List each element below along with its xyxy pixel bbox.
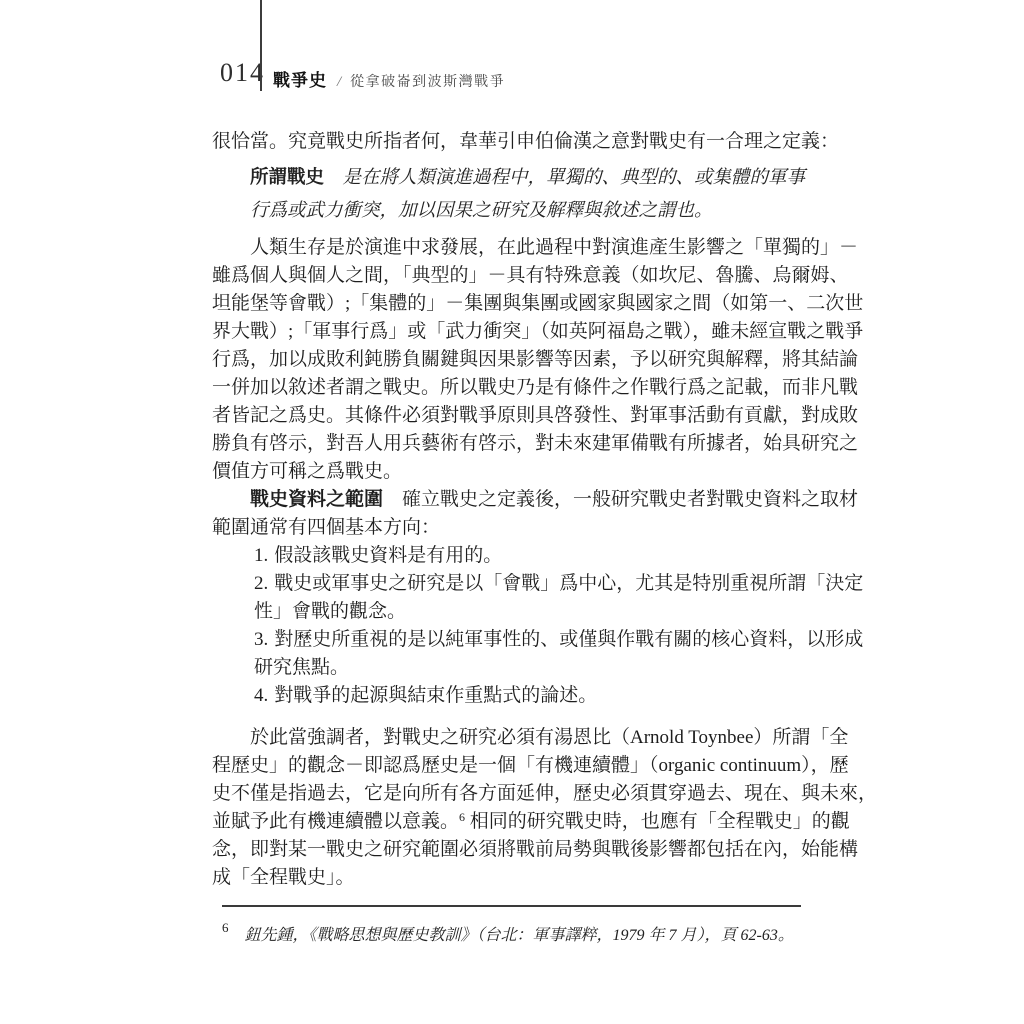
text-line: 程歷史」的觀念－即認爲歷史是一個「有機連續體」（organic continuu… — [212, 752, 872, 780]
text-run: 性」會戰的觀念。 — [254, 601, 406, 622]
text-line: 念，即對某一戰史之研究範圍必須將戰前局勢與戰後影響都包括在內，始能構 — [212, 836, 872, 864]
header-divider — [260, 0, 262, 91]
text-line: 界大戰）;「軍事行爲」或「武力衝突」（如英阿福島之戰），雖未經宣戰之戰爭 — [212, 318, 872, 346]
text-run: 很恰當。究竟戰史所指者何，韋華引申伯倫漢之意對戰史有一合理之定義： — [212, 131, 839, 152]
list-item-line: 性」會戰的觀念。 — [254, 598, 872, 626]
footnote: 6鈕先鍾，《戰略思想與歷史教訓》（台北：軍事譯粹，1979 年 7 月），頁 6… — [222, 914, 872, 950]
list-item-line: 4.對戰爭的起源與結束作重點式的論述。 — [254, 682, 872, 710]
footnote-text: 鈕先鍾，《戰略思想與歷史教訓》（台北：軍事譯粹，1979 年 7 月），頁 62… — [245, 927, 794, 944]
text-run: 人類生存是於演進中求發展，在此過程中對演進產生影響之「單獨的」－ — [250, 237, 858, 258]
text-line: 人類生存是於演進中求發展，在此過程中對演進產生影響之「單獨的」－ — [212, 234, 872, 262]
text-line: 者皆記之爲史。其條件必須對戰爭原則具啓發性、對軍事活動有貢獻，對成敗 — [212, 402, 872, 430]
text-run: 研究焦點。 — [254, 657, 349, 678]
page-number: 014 — [220, 58, 265, 88]
text-run: 者皆記之爲史。其條件必須對戰爭原則具啓發性、對軍事活動有貢獻，對成敗 — [212, 405, 858, 426]
text-run: 成「全程戰史」。 — [212, 867, 355, 888]
list-item-line: 研究焦點。 — [254, 654, 872, 682]
title-separator: / — [337, 74, 341, 90]
text-line: 戰史資料之範圍 確立戰史之定義後，一般研究戰史者對戰史資料之取材 — [212, 486, 872, 514]
text-run: 行爲，加以成敗利鈍勝負關鍵與因果影響等因素，予以研究與解釋，將其結論 — [212, 349, 858, 370]
bold-run: 戰史資料之範圍 — [250, 489, 383, 510]
list-number: 3. — [254, 629, 268, 650]
text-line: 價值方可稱之爲戰史。 — [212, 458, 872, 486]
bold-run: 所謂戰史 — [250, 168, 324, 188]
book-subtitle: 從拿破崙到波斯灣戰爭 — [350, 75, 505, 90]
blocks-host: 很恰當。究竟戰史所指者何，韋華引申伯倫漢之意對戰史有一合理之定義：所謂戰史 是在… — [212, 128, 872, 892]
text-run: 於此當強調者，對戰史之研究必須有湯恩比（Arnold Toynbee）所謂「全 — [250, 727, 848, 748]
text-run: 對戰爭的起源與結束作重點式的論述。 — [274, 685, 597, 706]
list-item-line: 3.對歷史所重視的是以純軍事性的、或僅與作戰有關的核心資料，以形成 — [254, 626, 872, 654]
text-line: 範圍通常有四個基本方向： — [212, 514, 872, 542]
text-run: 雖爲個人與個人之間，「典型的」－具有特殊意義（如坎尼、魯騰、烏爾姆、 — [212, 265, 849, 286]
paragraph: 很恰當。究竟戰史所指者何，韋華引申伯倫漢之意對戰史有一合理之定義： — [212, 128, 872, 156]
text-line: 於此當強調者，對戰史之研究必須有湯恩比（Arnold Toynbee）所謂「全 — [212, 724, 872, 752]
text-line: 一併加以敘述者謂之戰史。所以戰史乃是有條件之作戰行爲之記載，而非凡戰 — [212, 374, 872, 402]
text-run: 戰史或軍事史之研究是以「會戰」爲中心，尤其是特別重視所謂「決定 — [274, 573, 863, 594]
text-run: 對歷史所重視的是以純軍事性的、或僅與作戰有關的核心資料，以形成 — [274, 629, 863, 650]
text-run: 史不僅是指過去，它是向所有各方面延伸，歷史必須貫穿過去、現在、與未來， — [212, 783, 877, 804]
paragraph: 於此當強調者，對戰史之研究必須有湯恩比（Arnold Toynbee）所謂「全程… — [212, 724, 872, 892]
footnote-divider — [222, 905, 801, 907]
text-line: 很恰當。究竟戰史所指者何，韋華引申伯倫漢之意對戰史有一合理之定義： — [212, 128, 872, 156]
text-run: 勝負有啓示，對吾人用兵藝術有啓示，對未來建軍備戰有所據者，始具研究之 — [212, 433, 858, 454]
text-run: 界大戰）;「軍事行爲」或「武力衝突」（如英阿福島之戰），雖未經宣戰之戰爭 — [212, 321, 863, 342]
text-run: 並賦予此有機連續體以意義。 — [212, 811, 459, 832]
text-line: 史不僅是指過去，它是向所有各方面延伸，歷史必須貫穿過去、現在、與未來， — [212, 780, 872, 808]
list-item-line: 2.戰史或軍事史之研究是以「會戰」爲中心，尤其是特別重視所謂「決定 — [254, 570, 872, 598]
text-line: 並賦予此有機連續體以意義。6 相同的研究戰史時，也應有「全程戰史」的觀 — [212, 808, 872, 836]
text-line: 所謂戰史 是在將人類演進過程中，單獨的、典型的、或集體的軍事 — [250, 162, 872, 195]
text-run: 範圍通常有四個基本方向： — [212, 517, 440, 538]
text-line: 成「全程戰史」。 — [212, 864, 872, 892]
text-run: 坦能堡等會戰）;「集體的」－集團與集團或國家與國家之間（如第一、二次世 — [212, 293, 863, 314]
text-run: 念，即對某一戰史之研究範圍必須將戰前局勢與戰後影響都包括在內，始能構 — [212, 839, 858, 860]
book-title: 戰爭史 — [273, 71, 327, 90]
paragraph: 戰史資料之範圍 確立戰史之定義後，一般研究戰史者對戰史資料之取材範圍通常有四個基… — [212, 486, 872, 542]
text-run: 確立戰史之定義後，一般研究戰史者對戰史資料之取材 — [383, 489, 858, 510]
footnote-marker: 6 — [222, 920, 229, 935]
text-run: 行爲或武力衝突，加以因果之研究及解釋與敘述之謂也。 — [250, 201, 713, 221]
text-run: 程歷史」的觀念－即認爲歷史是一個「有機連續體」（organic continuu… — [212, 755, 849, 776]
block-quote: 所謂戰史 是在將人類演進過程中，單獨的、典型的、或集體的軍事行爲或武力衝突，加以… — [250, 162, 872, 228]
text-line: 雖爲個人與個人之間，「典型的」－具有特殊意義（如坎尼、魯騰、烏爾姆、 — [212, 262, 872, 290]
text-line: 行爲或武力衝突，加以因果之研究及解釋與敘述之謂也。 — [250, 195, 872, 228]
paragraph: 人類生存是於演進中求發展，在此過程中對演進產生影響之「單獨的」－雖爲個人與個人之… — [212, 234, 872, 486]
list-number: 2. — [254, 573, 268, 594]
running-header: 戰爭史 / 從拿破崙到波斯灣戰爭 — [273, 66, 505, 91]
text-run: 相同的研究戰史時，也應有「全程戰史」的觀 — [465, 811, 850, 832]
numbered-list: 1.假設該戰史資料是有用的。2.戰史或軍事史之研究是以「會戰」爲中心，尤其是特別… — [254, 542, 872, 710]
text-run: 是在將人類演進過程中，單獨的、典型的、或集體的軍事 — [324, 168, 805, 188]
text-line: 坦能堡等會戰）;「集體的」－集團與集團或國家與國家之間（如第一、二次世 — [212, 290, 872, 318]
text-block: 很恰當。究竟戰史所指者何，韋華引申伯倫漢之意對戰史有一合理之定義：所謂戰史 是在… — [212, 118, 872, 950]
text-run: 一併加以敘述者謂之戰史。所以戰史乃是有條件之作戰行爲之記載，而非凡戰 — [212, 377, 858, 398]
text-run: 價值方可稱之爲戰史。 — [212, 461, 402, 482]
text-line: 勝負有啓示，對吾人用兵藝術有啓示，對未來建軍備戰有所據者，始具研究之 — [212, 430, 872, 458]
book-page: 014 戰爭史 / 從拿破崙到波斯灣戰爭 很恰當。究竟戰史所指者何，韋華引申伯倫… — [0, 0, 1024, 1024]
text-line: 行爲，加以成敗利鈍勝負關鍵與因果影響等因素，予以研究與解釋，將其結論 — [212, 346, 872, 374]
list-number: 4. — [254, 685, 268, 706]
list-item-line: 1.假設該戰史資料是有用的。 — [254, 542, 872, 570]
text-run: 假設該戰史資料是有用的。 — [274, 545, 502, 566]
list-number: 1. — [254, 545, 268, 566]
